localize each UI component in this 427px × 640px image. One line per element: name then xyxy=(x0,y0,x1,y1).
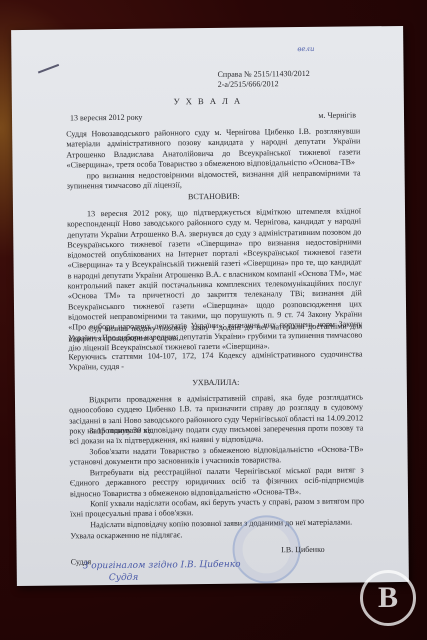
logo-letter: В xyxy=(378,581,398,615)
proceeding-number: 2-а/2515/666/2012 xyxy=(218,79,310,90)
document-city: м. Чернігів xyxy=(318,110,356,121)
case-number: Справа № 2515/11430/2012 xyxy=(218,69,310,80)
watermark-logo-icon: В xyxy=(360,570,416,626)
decision-item-2: Запропонувати відповідачу подати суду пи… xyxy=(69,423,363,447)
corner-handwritten-note: вели xyxy=(297,44,314,54)
pen-mark xyxy=(38,64,59,74)
court-ruling-document: вели Справа № 2515/11430/2012 2-а/2515/6… xyxy=(11,26,409,586)
court-found-paragraph: Суд визнав подану позовну заяву і додані… xyxy=(68,321,362,345)
established-heading: ВСТАНОВИВ: xyxy=(67,190,361,203)
date-city-row: 13 вересня 2012 року м. Чернігів xyxy=(70,110,356,123)
decision-item-5: Копії ухвали надіслати особам, які берут… xyxy=(70,496,364,520)
judge-name: І.В. Цибенко xyxy=(281,545,325,566)
decision-item-3: Зобов'язати надати Товариство з обмежено… xyxy=(69,444,363,468)
not-appealable-line: Ухвала оскарженню не підлягає. xyxy=(70,528,364,541)
guided-by-paragraph: Керуючись статтями 104-107, 172, 174 Код… xyxy=(68,349,362,373)
decided-heading: УХВАЛИЛА: xyxy=(69,376,363,389)
decision-item-4: Витребувати від реєстраційної палати Чер… xyxy=(70,465,364,499)
document-date: 13 вересня 2012 року xyxy=(70,113,142,124)
case-number-block: Справа № 2515/11430/2012 2-а/2515/666/20… xyxy=(218,69,310,90)
subject-paragraph: про визнання недостовірними відомостей, … xyxy=(67,168,361,192)
intro-paragraph: Суддя Новозаводського районного суду м. … xyxy=(66,126,360,170)
handwritten-certification: З оригіналом згідно І.В. Цибенко xyxy=(83,560,241,572)
handwritten-judge-label: Суддя xyxy=(109,573,139,584)
document-title: У Х В А Л А xyxy=(12,94,404,108)
